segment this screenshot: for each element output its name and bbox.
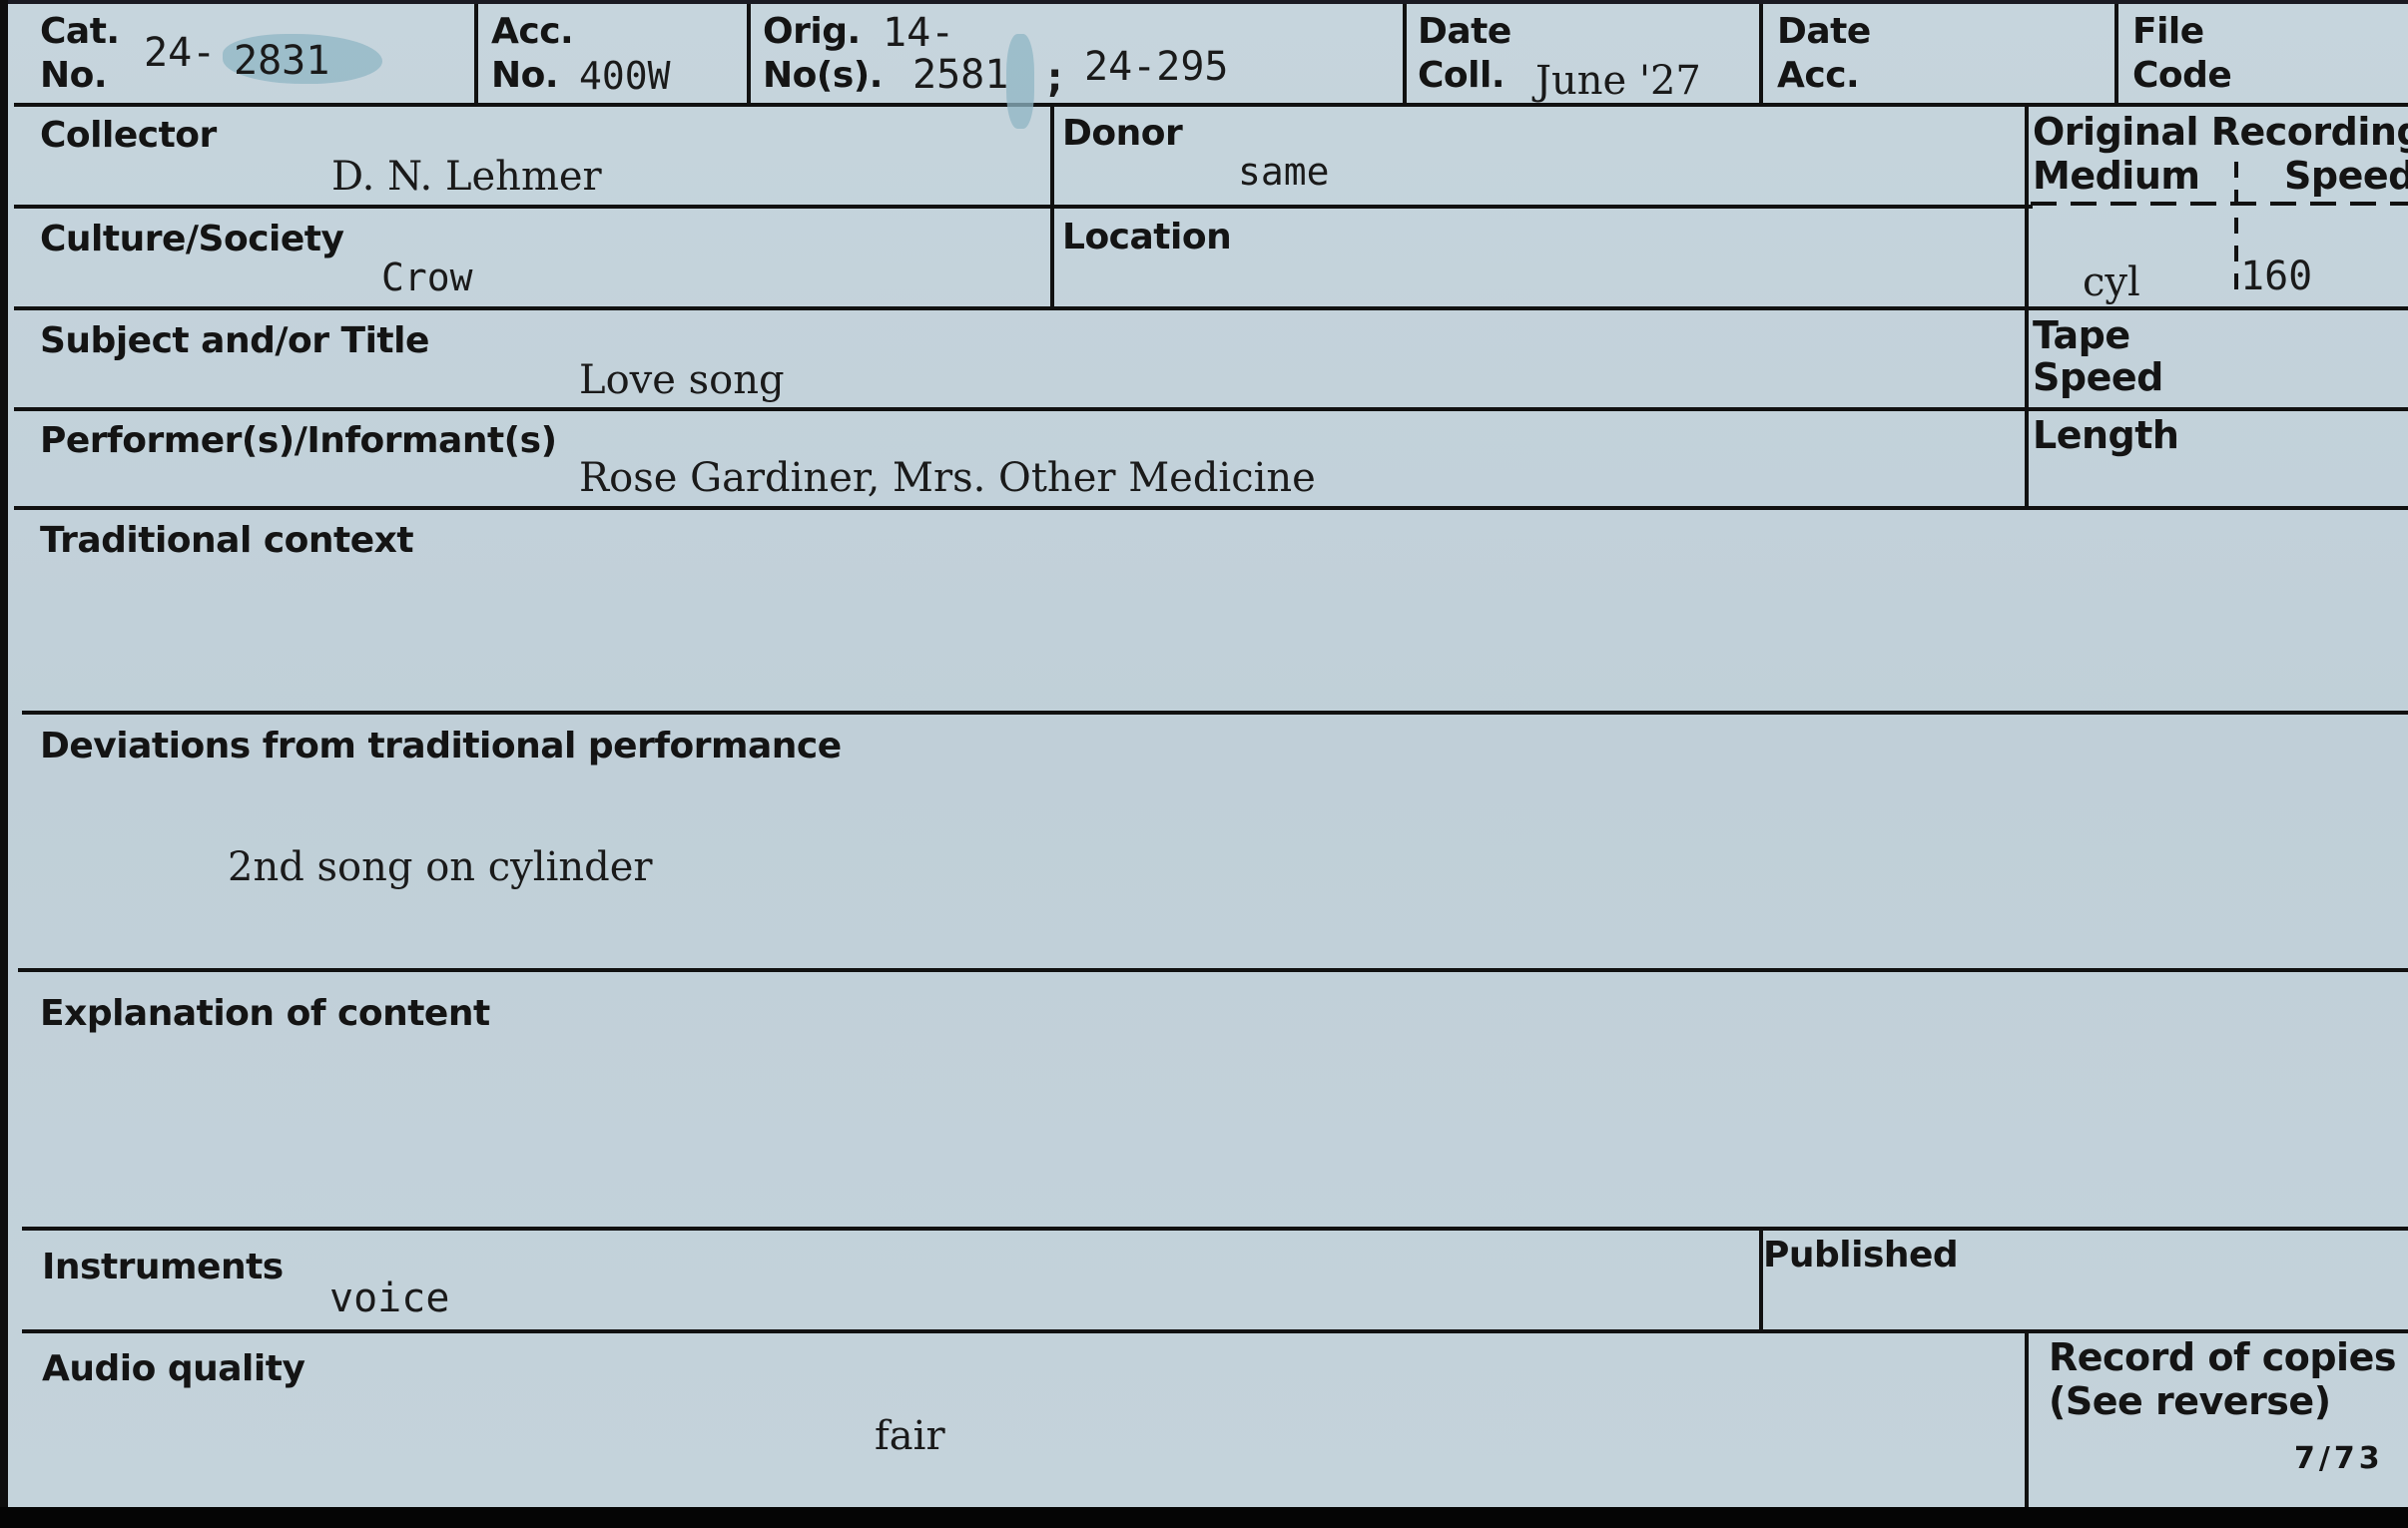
- rule-deviations-bottom: [18, 968, 2408, 972]
- divider-dateacc-filecode: [2114, 4, 2118, 105]
- cat-no-label-line1: Cat.: [40, 10, 120, 54]
- speed-value: 160: [2240, 254, 2312, 299]
- date-acc-label-line2: Acc.: [1777, 54, 1859, 98]
- acc-no-value: 400W: [579, 54, 671, 98]
- orig-label-line1: Orig.: [763, 10, 861, 54]
- instruments-value: voice: [329, 1275, 449, 1321]
- deviations-label: Deviations from traditional performance: [40, 725, 842, 767]
- divider-orig-datecoll: [1403, 4, 1407, 105]
- donor-label: Donor: [1062, 112, 1182, 155]
- divider-datecoll-dateacc: [1759, 4, 1763, 105]
- form-code: 7/73: [2294, 1441, 2384, 1477]
- record-of-copies-label-line2: (See reverse): [2049, 1379, 2331, 1423]
- traditional-context-label: Traditional context: [40, 519, 413, 562]
- speed-label: Speed: [2284, 154, 2408, 200]
- rule-instruments-bottom: [22, 1329, 2408, 1333]
- orig-value2: 24-295: [1084, 44, 1229, 90]
- subject-title-label: Subject and/or Title: [40, 319, 429, 362]
- date-coll-label-line2: Coll.: [1418, 54, 1505, 98]
- divider-acc-orig: [747, 4, 751, 105]
- rule-row3-bottom: [14, 306, 2408, 310]
- date-coll-label-line1: Date: [1418, 10, 1511, 54]
- record-of-copies-label-line1: Record of copies: [2049, 1335, 2396, 1379]
- length-label: Length: [2033, 413, 2178, 459]
- rule-row4-bottom: [14, 407, 2408, 411]
- medium-value: cyl: [2083, 259, 2140, 305]
- orig-label-line2: No(s).: [763, 54, 883, 98]
- cat-no-value: 2831: [234, 38, 329, 84]
- donor-value: same: [1238, 150, 1330, 194]
- culture-society-label: Culture/Society: [40, 218, 343, 260]
- orig-separator: ;: [1042, 52, 1067, 101]
- instruments-label: Instruments: [42, 1246, 284, 1288]
- rule-explanation-bottom: [22, 1227, 2408, 1231]
- orig-prefix: 14-: [883, 10, 954, 56]
- collector-label: Collector: [40, 114, 217, 157]
- dashed-divider-horizontal: [2031, 202, 2408, 206]
- explanation-label: Explanation of content: [40, 992, 490, 1035]
- divider-collector-donor: [1050, 103, 1054, 308]
- rule-traditional-bottom: [22, 711, 2408, 715]
- dashed-divider-vertical: [2234, 162, 2238, 301]
- file-code-label-line1: File: [2132, 10, 2204, 54]
- acc-no-label-line1: Acc.: [491, 10, 573, 54]
- date-coll-value: June '27: [1535, 58, 1701, 104]
- location-label: Location: [1062, 216, 1231, 258]
- original-recording-label: Original Recording: [2033, 110, 2408, 156]
- culture-society-value: Crow: [381, 255, 473, 299]
- cat-no-label-line2: No.: [40, 54, 107, 98]
- file-code-label-line2: Code: [2132, 54, 2231, 98]
- cat-no-prefix: 24-: [144, 30, 216, 76]
- rule-row1-bottom: [14, 103, 2408, 107]
- tape-speed-label-line2: Speed: [2033, 355, 2163, 399]
- rule-row5-bottom: [14, 506, 2408, 510]
- rule-row2-bottom: [14, 205, 2033, 209]
- audio-quality-value: fair: [875, 1413, 945, 1459]
- scan-bottom-edge: [0, 1507, 2408, 1528]
- orig-value: 2581: [912, 52, 1008, 98]
- deviations-value: 2nd song on cylinder: [228, 844, 653, 890]
- performers-value: Rose Gardiner, Mrs. Other Medicine: [579, 455, 1316, 501]
- subject-title-value: Love song: [579, 357, 785, 403]
- performers-label: Performer(s)/Informant(s): [40, 419, 557, 462]
- divider-cat-acc: [474, 4, 478, 105]
- divider-audio-copies: [2025, 1331, 2029, 1509]
- medium-label: Medium: [2033, 154, 2199, 200]
- divider-right-column: [2025, 103, 2029, 510]
- tape-speed-label-line1: Tape: [2033, 313, 2130, 357]
- ink-stain: [1006, 34, 1034, 129]
- published-label: Published: [1763, 1234, 1958, 1276]
- scan-left-edge: [0, 0, 8, 1528]
- catalog-card: Cat. No. 24- 2831 Acc. No. 400W Orig. 14…: [8, 4, 2408, 1507]
- audio-quality-label: Audio quality: [42, 1347, 304, 1390]
- collector-value: D. N. Lehmer: [331, 154, 602, 200]
- acc-no-label-line2: No.: [491, 54, 558, 98]
- date-acc-label-line1: Date: [1777, 10, 1871, 54]
